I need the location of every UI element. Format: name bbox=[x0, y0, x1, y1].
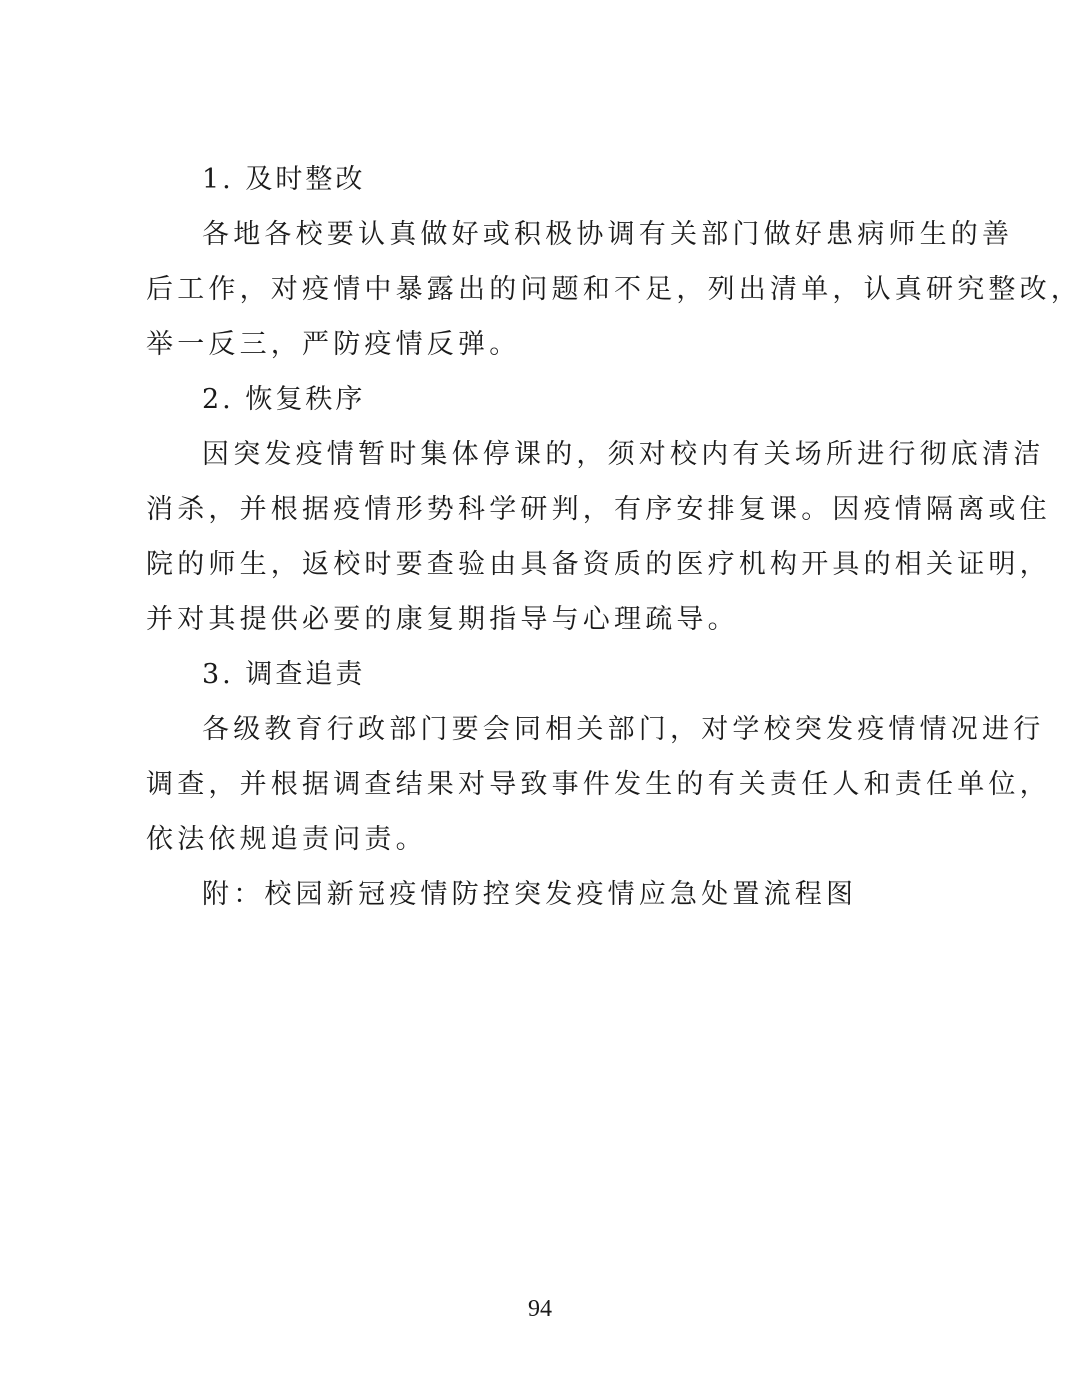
section-heading-1: 1. 及时整改 bbox=[146, 152, 960, 207]
document-page: 1. 及时整改 各地各校要认真做好或积极协调有关部门做好患病师生的善 后工作，对… bbox=[0, 0, 1080, 1397]
page-number: 94 bbox=[0, 1296, 1080, 1323]
paragraph-line: 调查，并根据调查结果对导致事件发生的有关责任人和责任单位， bbox=[146, 757, 960, 812]
section-heading-2: 2. 恢复秩序 bbox=[146, 372, 960, 427]
section-heading-3: 3. 调查追责 bbox=[146, 647, 960, 702]
paragraph-line: 后工作，对疫情中暴露出的问题和不足，列出清单，认真研究整改， bbox=[146, 262, 960, 317]
paragraph-line: 消杀，并根据疫情形势科学研判，有序安排复课。因疫情隔离或住 bbox=[146, 482, 960, 537]
paragraph-line: 各地各校要认真做好或积极协调有关部门做好患病师生的善 bbox=[146, 207, 960, 262]
document-body: 1. 及时整改 各地各校要认真做好或积极协调有关部门做好患病师生的善 后工作，对… bbox=[146, 152, 960, 922]
attachment-note: 附：校园新冠疫情防控突发疫情应急处置流程图 bbox=[146, 867, 960, 922]
paragraph-line: 各级教育行政部门要会同相关部门，对学校突发疫情情况进行 bbox=[146, 702, 960, 757]
paragraph-line: 依法依规追责问责。 bbox=[146, 812, 960, 867]
paragraph-line: 举一反三，严防疫情反弹。 bbox=[146, 317, 960, 372]
paragraph-line: 并对其提供必要的康复期指导与心理疏导。 bbox=[146, 592, 960, 647]
paragraph-line: 因突发疫情暂时集体停课的，须对校内有关场所进行彻底清洁 bbox=[146, 427, 960, 482]
paragraph-line: 院的师生，返校时要查验由具备资质的医疗机构开具的相关证明， bbox=[146, 537, 960, 592]
